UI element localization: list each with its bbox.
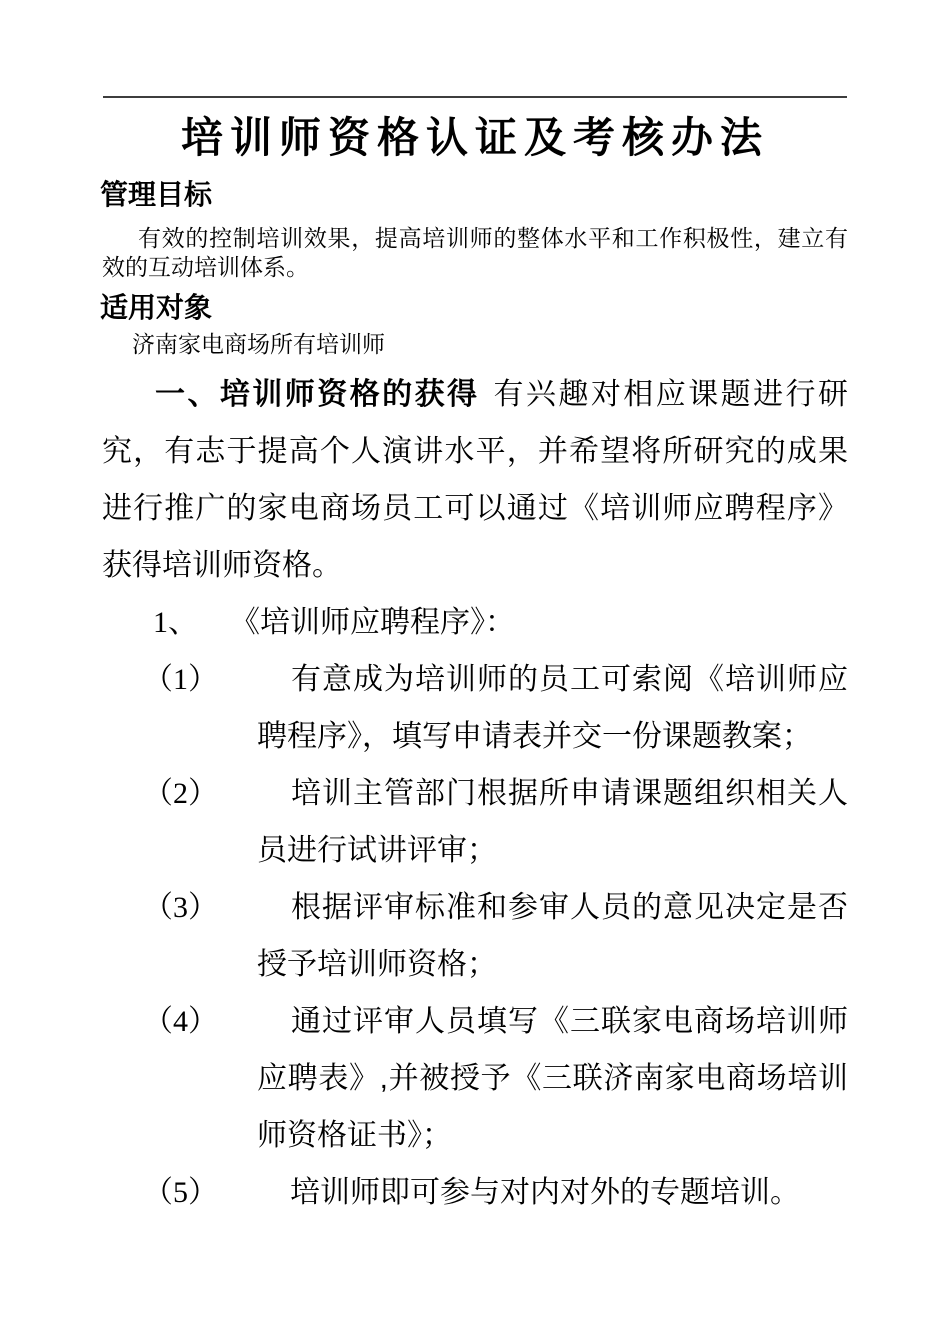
procedure-item: （3）根据评审标准和参审人员的意见决定是否授予培训师资格； [102,879,848,993]
chapter-one-heading: 一、培训师资格的获得 [155,378,480,411]
procedure-list-header: 1、《培训师应聘程序》： [102,594,848,651]
procedure-item-number: （1） [200,651,290,708]
procedure-item-number: （5） [200,1164,290,1221]
management-goal-paragraph: 有效的控制培训效果，提高培训师的整体水平和工作积极性，建立有效的互动培训体系。 [102,224,848,282]
procedure-item-text: 根据评审标准和参审人员的意见决定是否授予培训师资格； [257,891,848,981]
procedure-item-text: 培训主管部门根据所申请课题组织相关人员进行试讲评审； [257,777,848,867]
chapter-one-block: 一、培训师资格的获得有兴趣对相应课题进行研究，有志于提高个人演讲水平，并希望将所… [102,366,848,1221]
procedure-item-text: 通过评审人员填写《三联家电商场培训师应聘表》,并被授予《三联济南家电商场培训师资… [257,1005,848,1152]
procedure-item: （4）通过评审人员填写《三联家电商场培训师应聘表》,并被授予《三联济南家电商场培… [102,993,848,1164]
procedure-list-title: 《培训师应聘程序》： [230,606,515,639]
section-heading-management-goal: 管理目标 [100,180,848,210]
procedure-item-text: 有意成为培训师的员工可索阅《培训师应聘程序》，填写申请表并交一份课题教案； [257,663,848,753]
procedure-item: （2）培训主管部门根据所申请课题组织相关人员进行试讲评审； [102,765,848,879]
document-title: 培训师资格认证及考核办法 [0,108,950,168]
procedure-item-number: （4） [200,993,290,1050]
chapter-one-paragraph: 一、培训师资格的获得有兴趣对相应课题进行研究，有志于提高个人演讲水平，并希望将所… [102,366,848,594]
procedure-item-number: （3） [200,879,290,936]
applicable-scope-paragraph: 济南家电商场所有培训师 [132,330,848,359]
header-divider-line [103,96,847,98]
section-heading-applicable-scope: 适用对象 [100,293,848,323]
procedure-list-number: 1、 [153,594,230,651]
procedure-item-text: 培训师即可参与对内对外的专题培训。 [290,1176,800,1209]
procedure-item: （1）有意成为培训师的员工可索阅《培训师应聘程序》，填写申请表并交一份课题教案； [102,651,848,765]
procedure-item: （5）培训师即可参与对内对外的专题培训。 [102,1164,848,1221]
procedure-item-number: （2） [200,765,290,822]
document-page: 培训师资格认证及考核办法 管理目标 有效的控制培训效果，提高培训师的整体水平和工… [0,0,950,1342]
